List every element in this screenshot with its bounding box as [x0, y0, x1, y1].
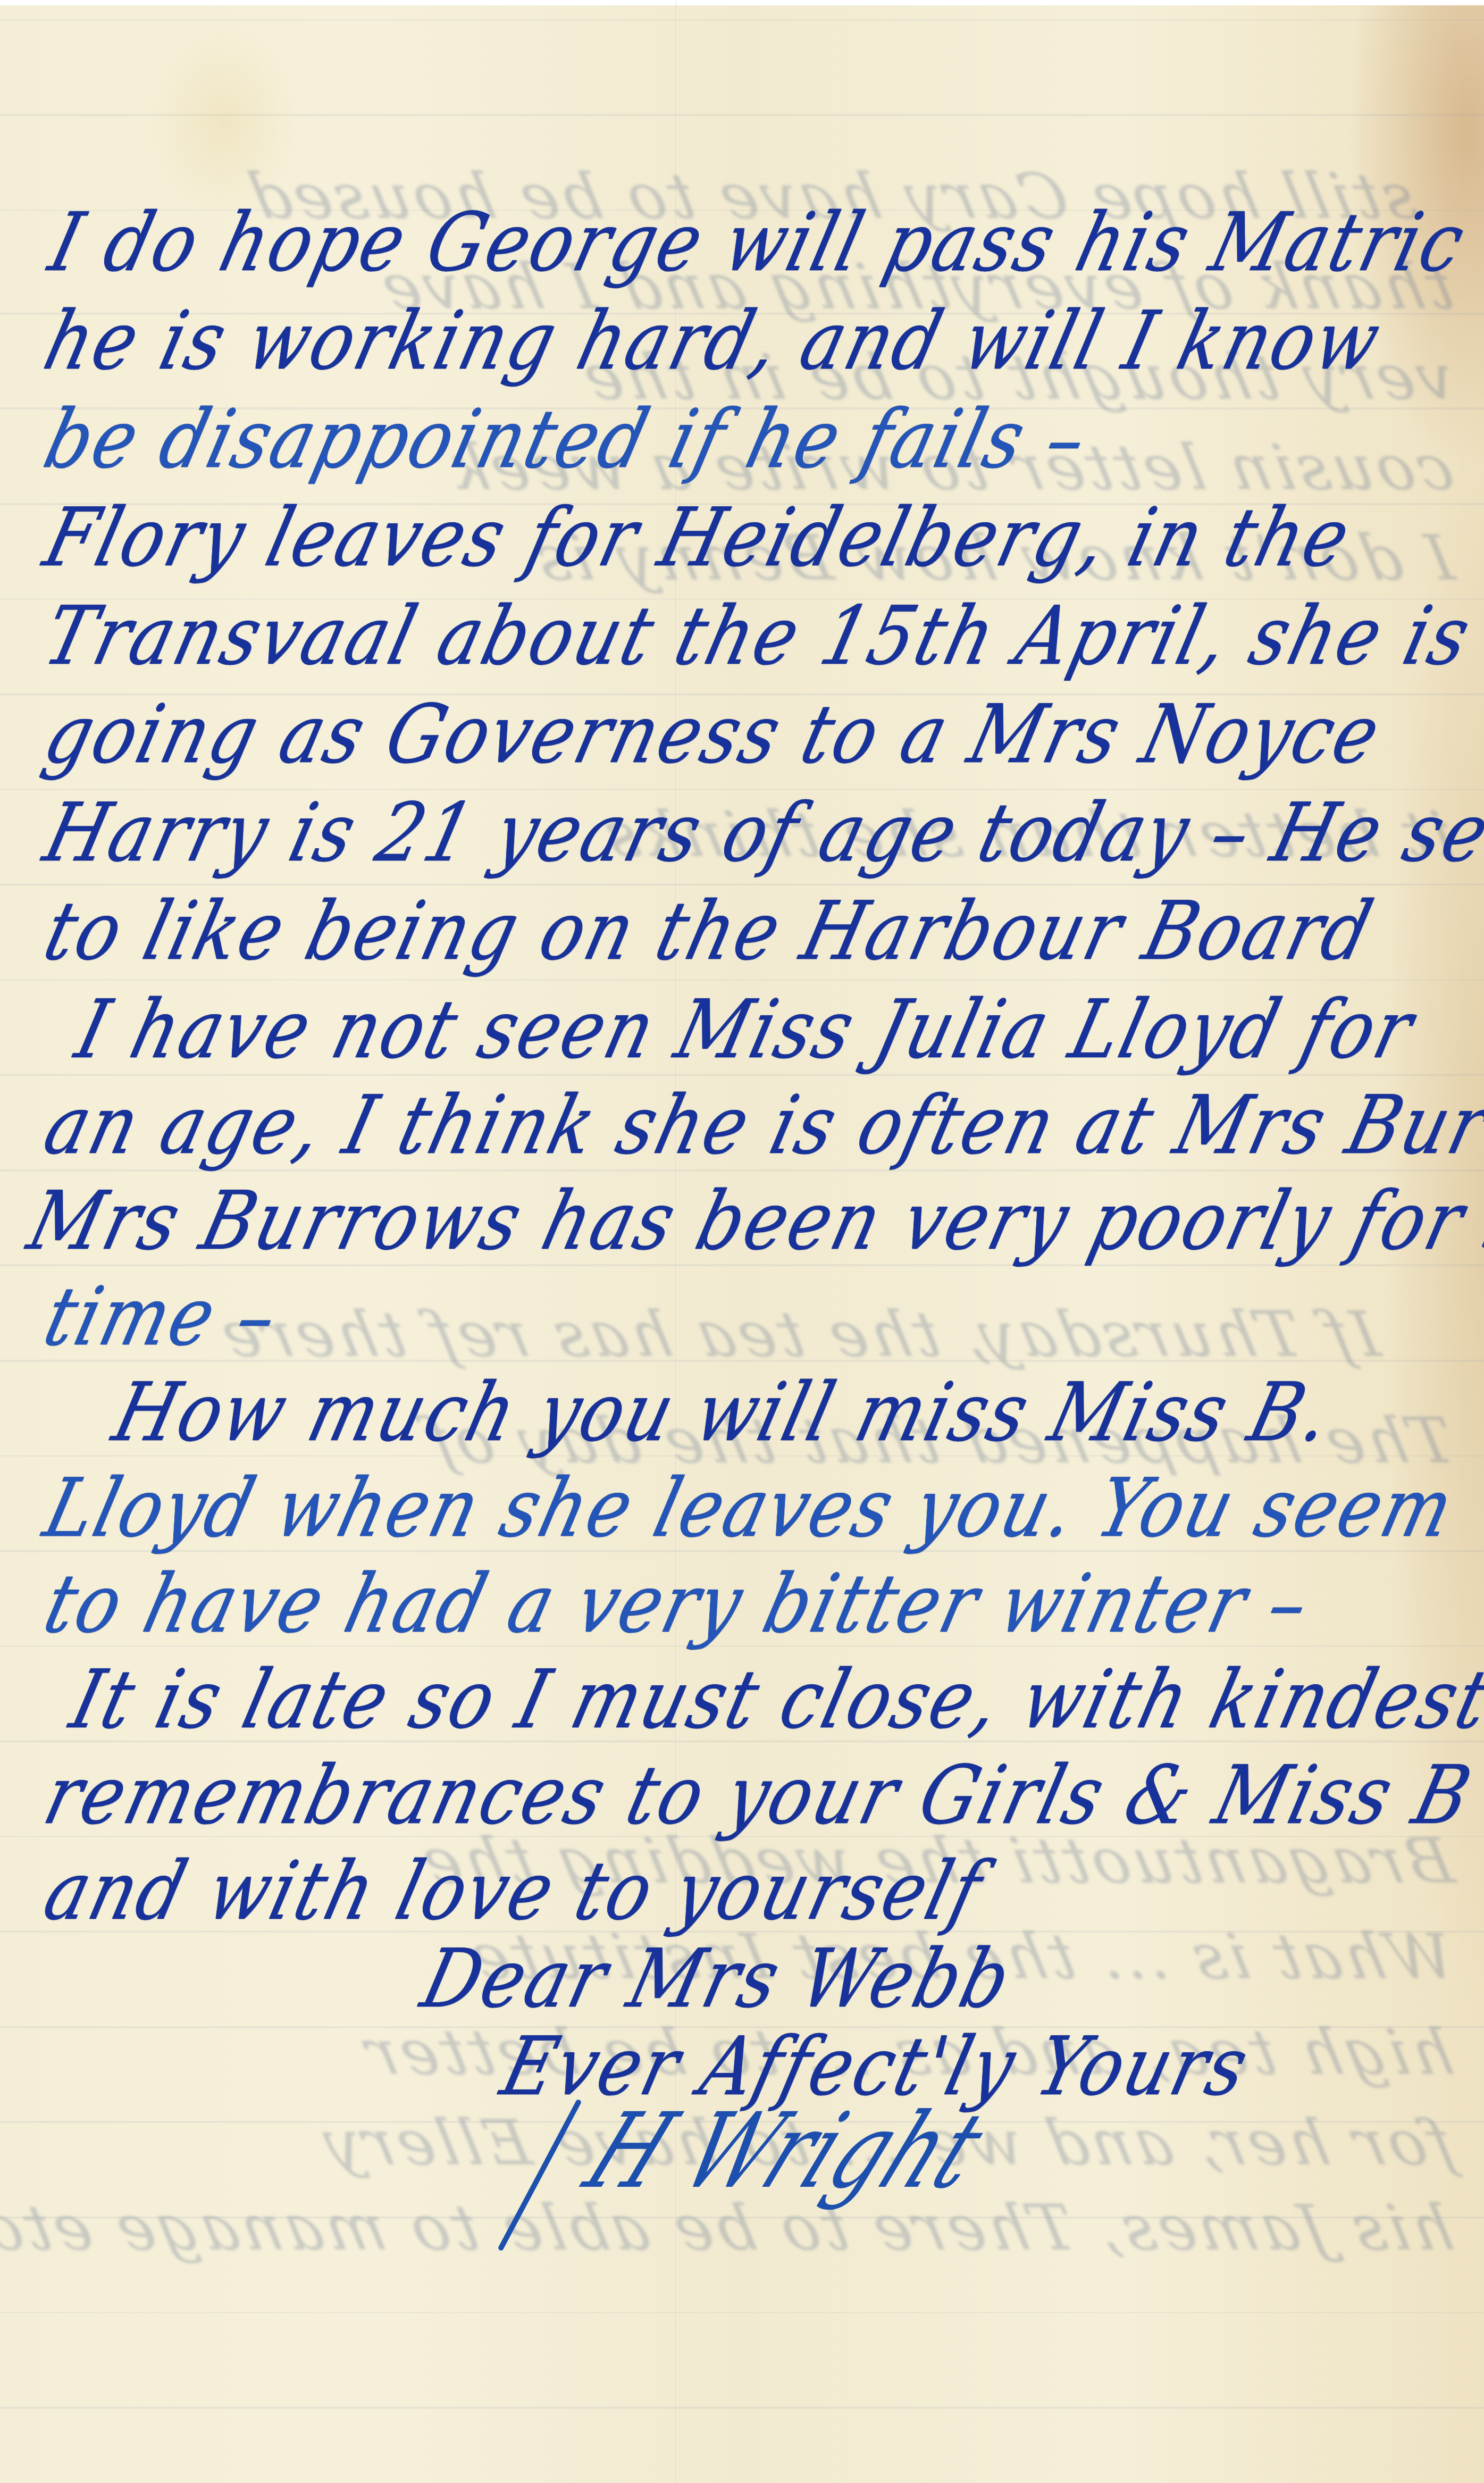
- letter-line: he is working hard, and will I know: [37, 300, 1389, 381]
- letter-line: to like being on the Harbour Board: [37, 891, 1381, 972]
- letter-line: Mrs Burrows has been very poorly for som…: [21, 1181, 1484, 1261]
- letter-line: and with love to yourself: [37, 1851, 991, 1932]
- letter-line: going as Governess to a Mrs Noyce: [37, 694, 1389, 775]
- letter-line: I have not seen Miss Julia Lloyd for: [69, 989, 1422, 1070]
- letter-line: to have had a very bitter winter –: [37, 1564, 1318, 1644]
- letter-line: time –: [37, 1276, 286, 1357]
- letter-line: I do hope George will pass his Matric: [43, 202, 1473, 283]
- signature: H Wright: [569, 2092, 1002, 2212]
- letter-line: remembrances to your Girls & Miss B Lloy…: [37, 1755, 1484, 1836]
- letter-line: an age, I think she is often at Mrs Burr…: [37, 1085, 1484, 1166]
- letter-line: Lloyd when she leaves you. You seem: [37, 1468, 1462, 1549]
- letter-line: It is late so I must close, with kindest: [64, 1659, 1484, 1740]
- letter-line: Harry is 21 years of age today – He seem…: [37, 792, 1484, 873]
- closing-salutation: Dear Mrs Webb: [415, 1938, 1020, 2019]
- letter-line: How much you will miss Miss B.: [106, 1372, 1340, 1453]
- letter-line: Transvaal about the 15th April, she is: [37, 596, 1479, 676]
- letter-page: still hope Cary have to be housed thank …: [0, 0, 1484, 2483]
- letter-line: Flory leaves for Heidelberg, in the: [37, 497, 1359, 578]
- letter-line: be disappointed if he fails –: [37, 399, 1096, 480]
